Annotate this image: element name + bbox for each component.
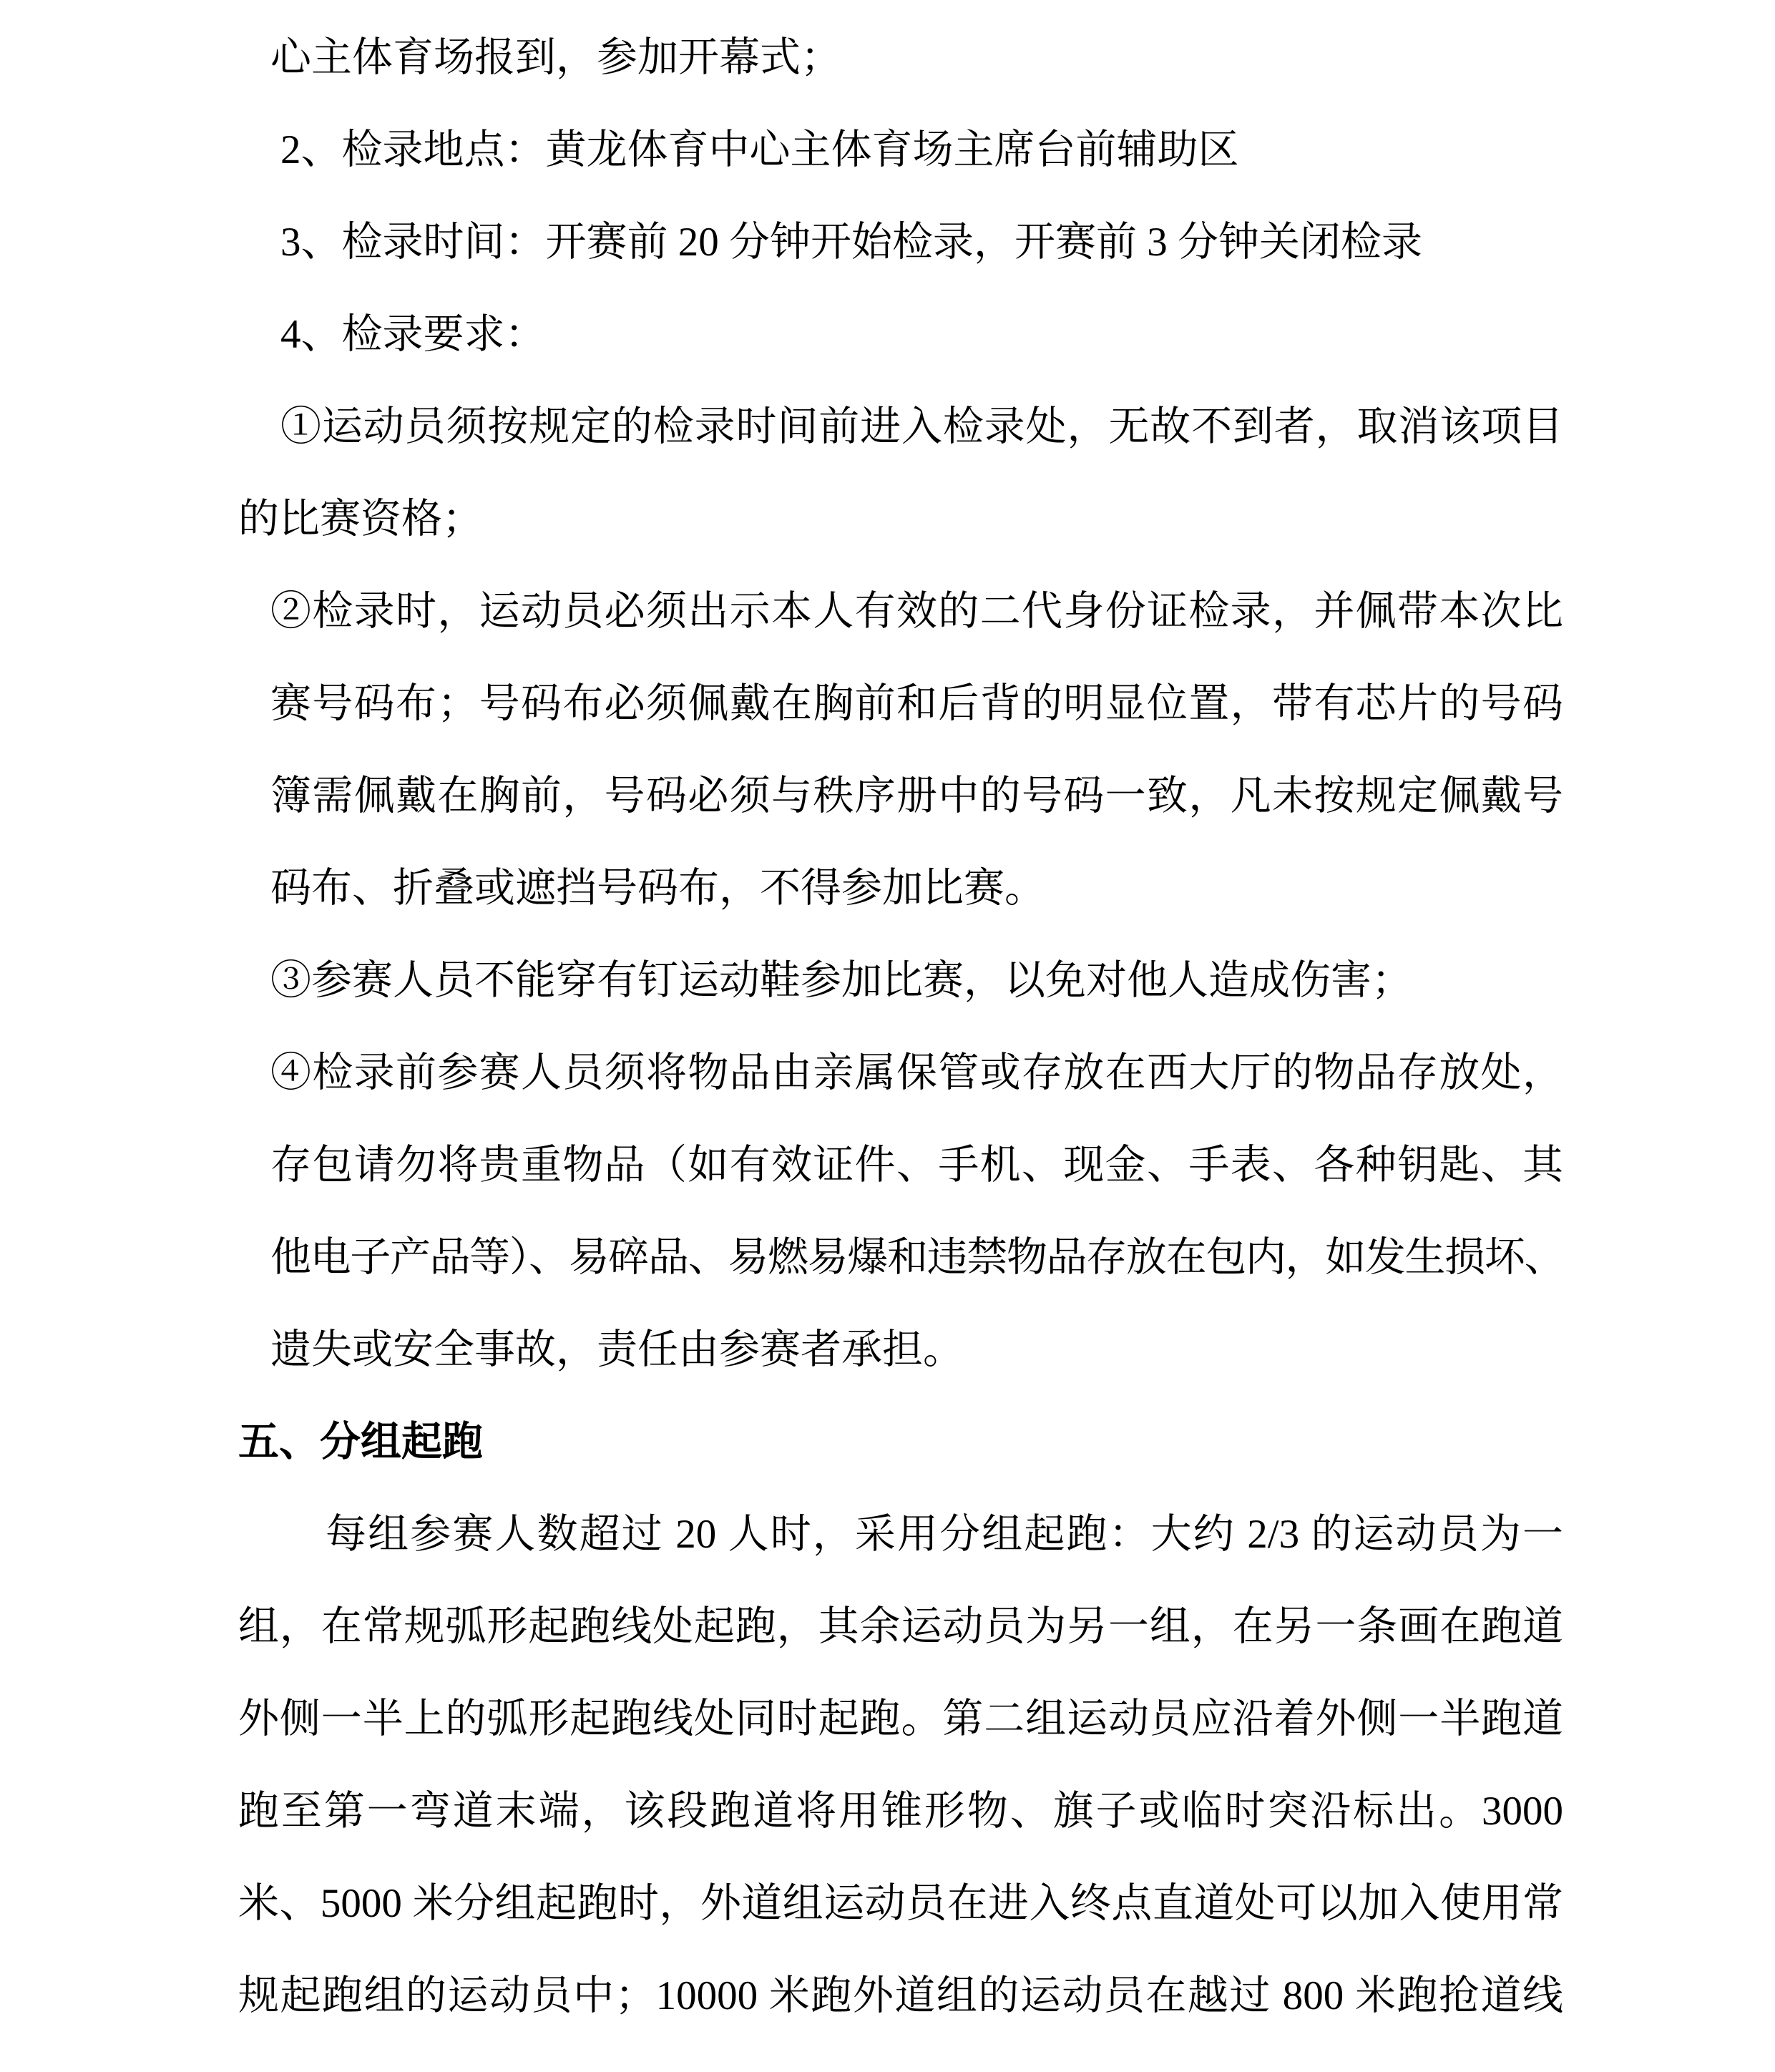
text-line: 3、检录时间：开赛前 20 分钟开始检录，开赛前 3 分钟关闭检录 bbox=[238, 196, 1563, 288]
text-line: 存包请勿将贵重物品（如有效证件、手机、现金、手表、各种钥匙、其 bbox=[238, 1119, 1563, 1211]
section-heading: 五、分组起跑 bbox=[238, 1396, 1563, 1488]
text-line: ②检录时，运动员必须出示本人有效的二代身份证检录，并佩带本次比 bbox=[238, 565, 1563, 658]
text-line: 赛号码布；号码布必须佩戴在胸前和后背的明显位置，带有芯片的号码 bbox=[238, 658, 1563, 750]
text-line: 遗失或安全事故，责任由参赛者承担。 bbox=[238, 1304, 1563, 1396]
text-line: 的比赛资格； bbox=[238, 473, 1563, 565]
text-line: 码布、折叠或遮挡号码布，不得参加比赛。 bbox=[238, 842, 1563, 934]
text-line: 组，在常规弧形起跑线处起跑，其余运动员为另一组，在另一条画在跑道 bbox=[238, 1580, 1563, 1673]
text-line: 米、5000 米分组起跑时，外道组运动员在进入终点直道处可以加入使用常 bbox=[238, 1857, 1563, 1950]
text-line: 他电子产品等）、易碎品、易燃易爆和违禁物品存放在包内，如发生损坏、 bbox=[238, 1211, 1563, 1304]
text-line: 4、检录要求： bbox=[238, 288, 1563, 381]
text-line: 心主体育场报到，参加开幕式； bbox=[238, 11, 1563, 104]
document-page: 心主体育场报到，参加开幕式； 2、检录地点：黄龙体育中心主体育场主席台前辅助区 … bbox=[0, 0, 1775, 2072]
text-line: ④检录前参赛人员须将物品由亲属保管或存放在西大厅的物品存放处， bbox=[238, 1027, 1563, 1119]
text-line: 簿需佩戴在胸前，号码必须与秩序册中的号码一致，凡未按规定佩戴号 bbox=[238, 750, 1563, 842]
text-line: ①运动员须按规定的检录时间前进入检录处，无故不到者，取消该项目 bbox=[238, 381, 1563, 473]
text-line: 2、检录地点：黄龙体育中心主体育场主席台前辅助区 bbox=[238, 104, 1563, 196]
text-line: ③参赛人员不能穿有钉运动鞋参加比赛，以免对他人造成伤害； bbox=[238, 934, 1563, 1027]
text-line: 外侧一半上的弧形起跑线处同时起跑。第二组运动员应沿着外侧一半跑道 bbox=[238, 1673, 1563, 1765]
text-line: 跑至第一弯道末端，该段跑道将用锥形物、旗子或临时突沿标出。3000 bbox=[238, 1765, 1563, 1857]
text-line: 规起跑组的运动员中；10000 米跑外道组的运动员在越过 800 米跑抢道线 bbox=[238, 1950, 1563, 2042]
text-line: 每组参赛人数超过 20 人时，采用分组起跑：大约 2/3 的运动员为一 bbox=[238, 1488, 1563, 1580]
